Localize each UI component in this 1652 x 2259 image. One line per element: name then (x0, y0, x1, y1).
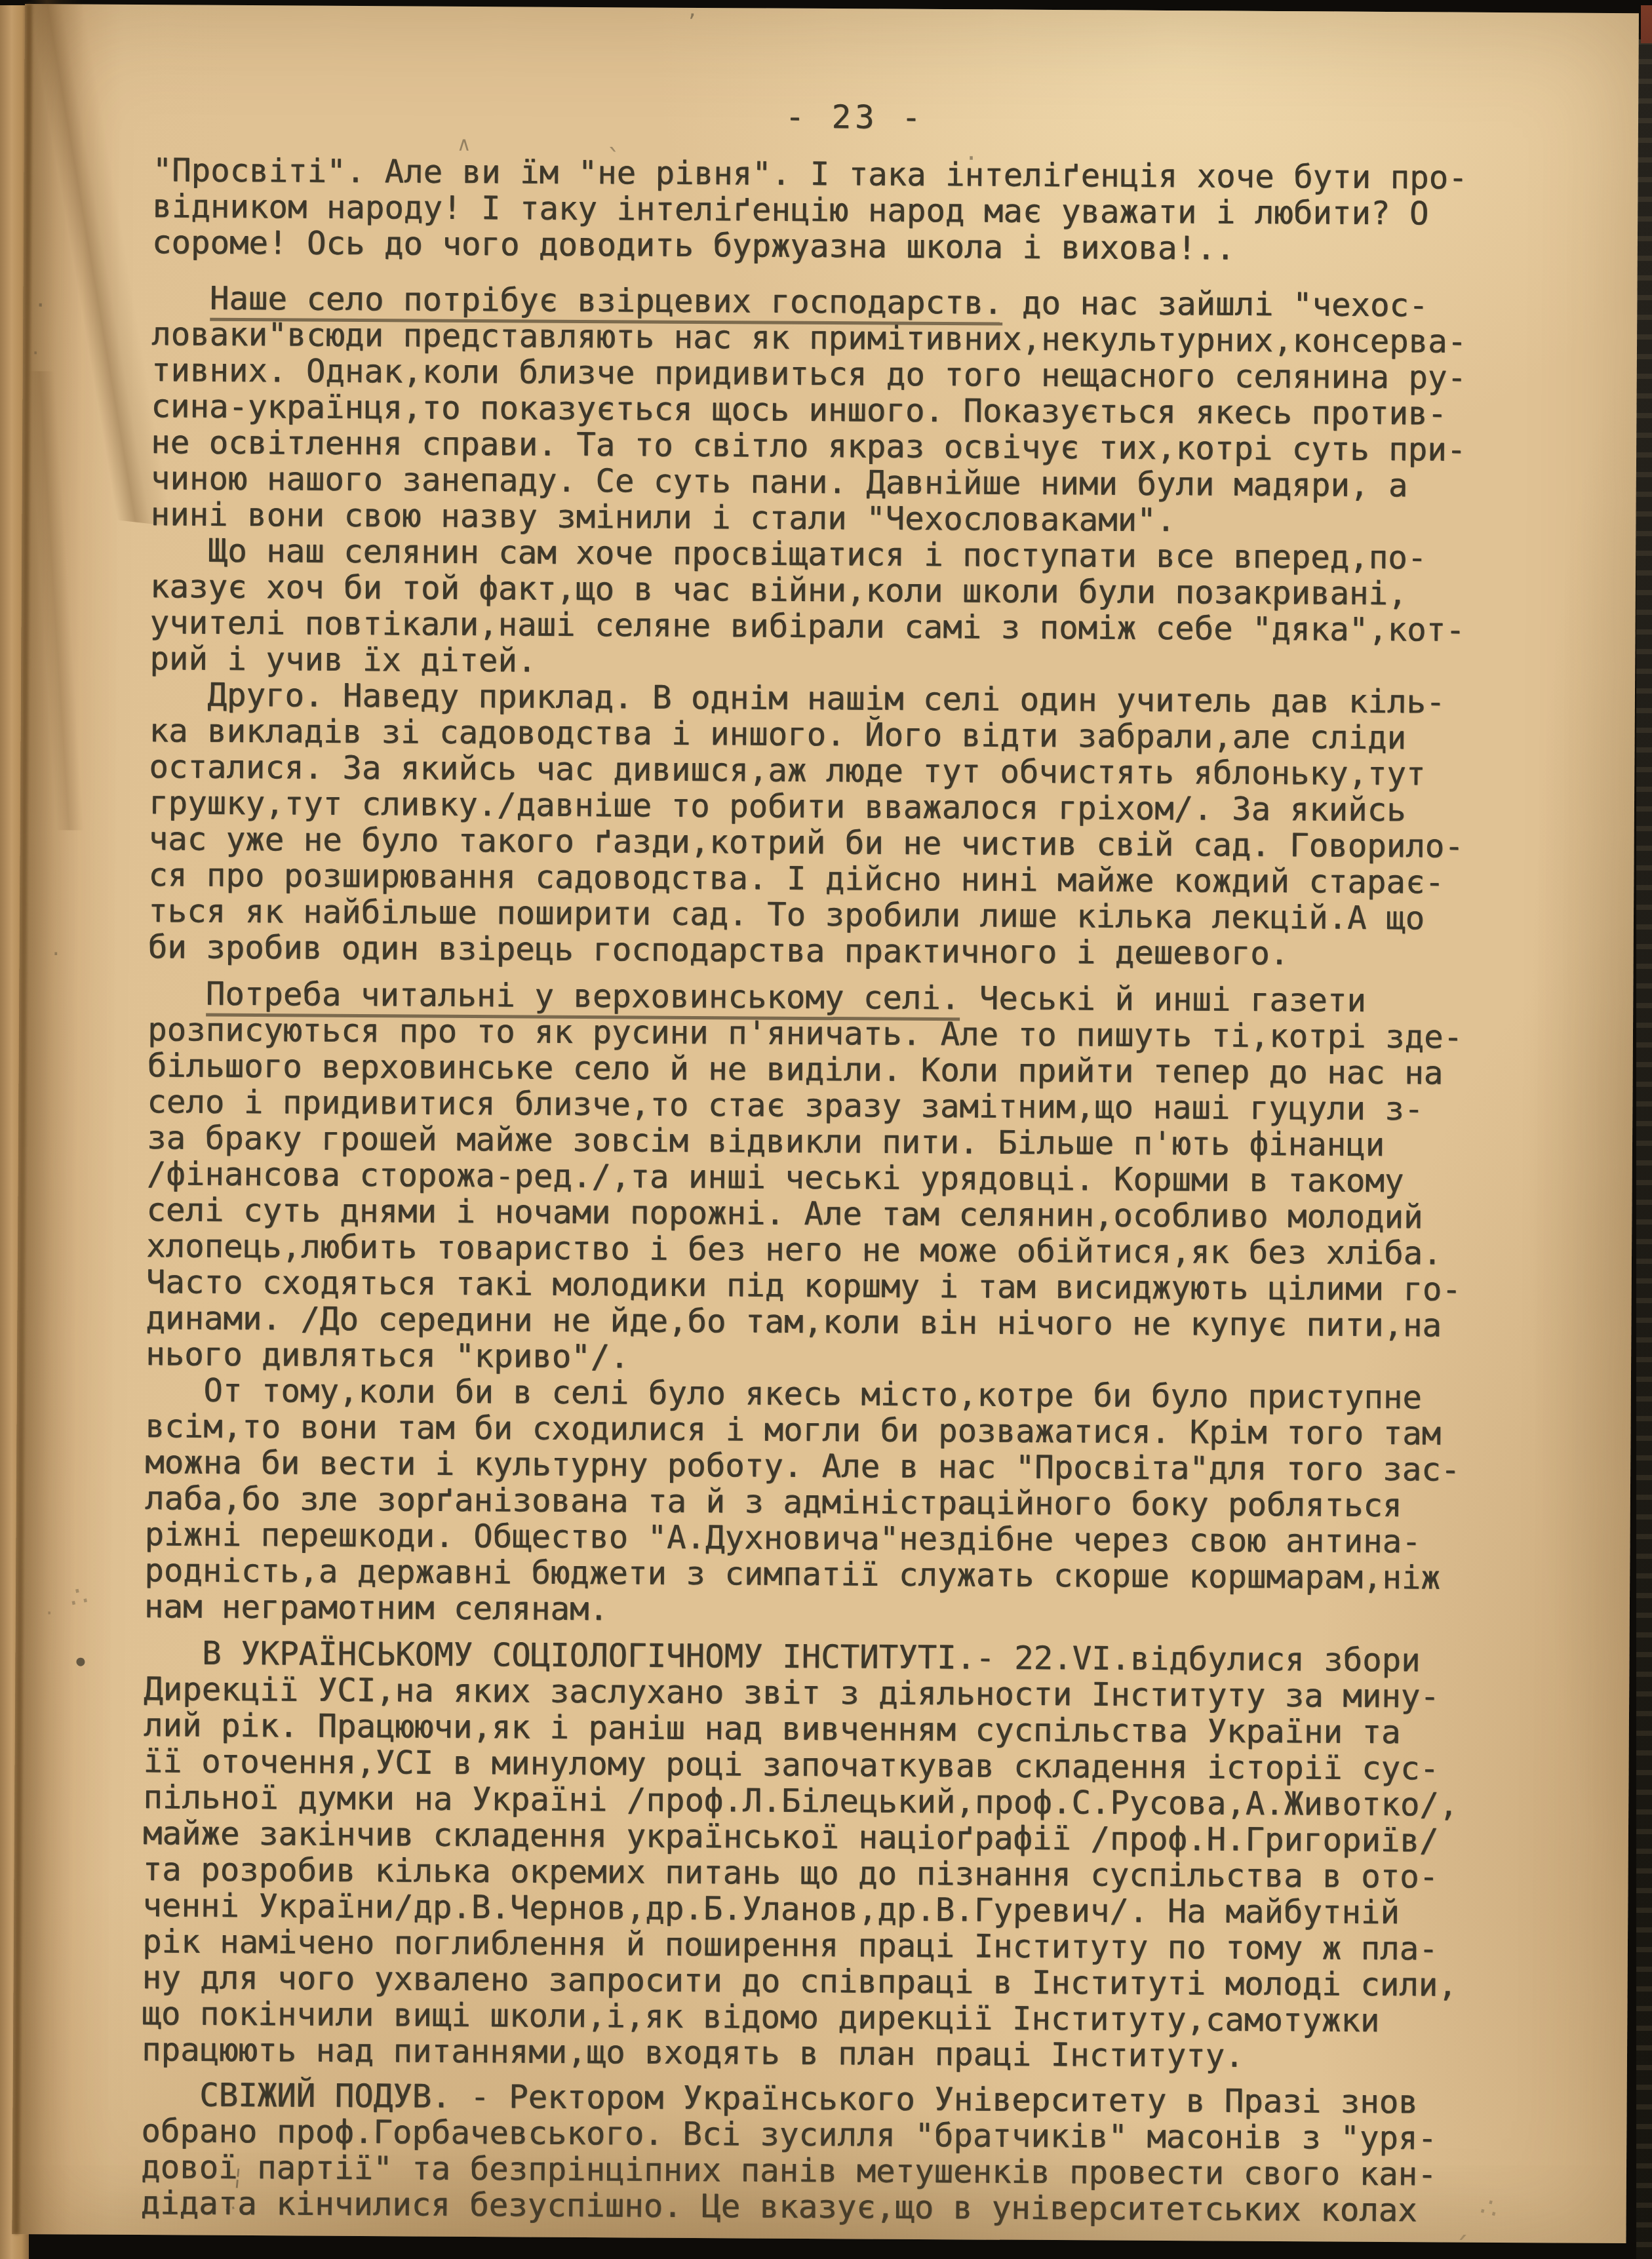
paragraph-sociolohichnyi-instytut: В УКРАЇНСЬКОМУ СОЦІОЛОГІЧНОМУ ІНСТИТУТІ.… (142, 1635, 1548, 2075)
book-edge-strip (1636, 39, 1652, 2259)
text-line: дідата кінчилися безуспішно. Це вказує,щ… (141, 2185, 1545, 2229)
paragraph-scho-nash-selianyn: Що наш селянин сам хоче просвіщатися і п… (149, 532, 1554, 684)
stray-marks-layer: ’∧`····∴·●¦‥∴ˏ (25, 4, 1639, 13)
scan-background: - 23 - "Просвіті". Але ви їм "не рівня".… (0, 0, 1652, 2259)
page-number: - 23 - (153, 95, 1557, 139)
scanned-page: - 23 - "Просвіті". Але ви їм "не рівня".… (12, 4, 1639, 2243)
ink-mark: ● (75, 1656, 85, 1667)
paragraph-druho-pryklad: Друго. Наведу приклад. В однім нашім сел… (148, 677, 1554, 973)
paragraphs-container: "Просвіті". Але ви їм "не рівня". І така… (141, 152, 1557, 2229)
document-text: - 23 - "Просвіті". Але ви їм "не рівня".… (141, 95, 1558, 2229)
book-spine-corner (1641, 5, 1652, 43)
page-crease-diagonal-lower (7, 371, 102, 831)
paragraph-nashe-selo: Наше село потрібує взірцевих господарств… (150, 280, 1556, 540)
paragraph-potreba-chytalni: Потреба читальні у верховинському селі. … (146, 975, 1552, 1380)
paragraph-svizhyi-poduv: СВІЖИЙ ПОДУВ. - Ректором Українського Ун… (141, 2077, 1546, 2229)
paragraph-ot-tomu: От тому,коли би в селі було якесь місто,… (144, 1372, 1550, 1632)
ink-mark: ’ (688, 12, 696, 35)
paragraph-prosviti-continuation: "Просвіті". Але ви їм "не рівня". І така… (152, 152, 1557, 268)
